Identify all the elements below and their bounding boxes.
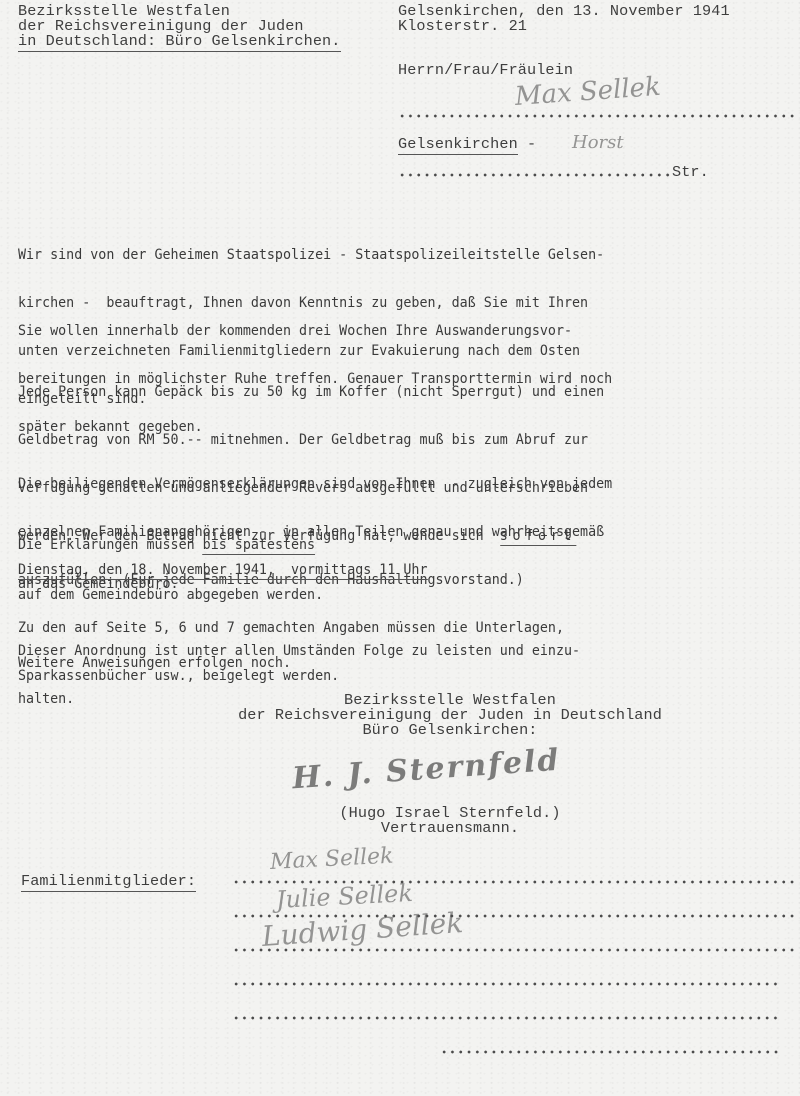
street-suffix: Str. (672, 165, 709, 180)
p3-line: Jede Person kann Gepäck bis zu 50 kg im … (18, 384, 604, 400)
family-member-handwritten: Max Sellek (269, 844, 394, 875)
recipient-street-handwritten: Horst (572, 132, 624, 153)
deadline-suffix: auf dem Gemeindebüro abgegeben werden. (18, 587, 323, 603)
recipient-city: Gelsenkirchen - (398, 137, 536, 152)
family-label: Familienmitglieder: (21, 874, 196, 889)
family-field-line (232, 914, 798, 918)
family-field-line (232, 880, 798, 884)
family-field-line (440, 1050, 780, 1054)
signature: H. J. Sternfeld (291, 743, 561, 797)
recipient-city-text: Gelsenkirchen (398, 135, 518, 155)
signer-title: Vertrauensmann. (180, 821, 720, 836)
family-member-handwritten: Julie Sellek (275, 879, 413, 914)
p4-line: Die beiliegenden Vermögenserklärungen si… (18, 476, 612, 492)
recipient-name-field-line (398, 114, 798, 118)
p1-line: Wir sind von der Geheimen Staatspolizei … (18, 247, 604, 263)
deadline-date-text: Dienstag, den 18. November 1941, vormitt… (18, 562, 427, 580)
letterhead-line-3-text: in Deutschland: Büro Gelsenkirchen. (18, 32, 341, 52)
deadline-intro-text: Die Erklärungen müssen (18, 537, 203, 553)
letterhead-line-3: in Deutschland: Büro Gelsenkirchen. (18, 34, 341, 49)
p2-line: Sie wollen innerhalb der kommenden drei … (18, 323, 612, 339)
recipient-city-dash: - (527, 135, 536, 153)
recipient-salutation: Herrn/Frau/Fräulein (398, 63, 573, 78)
deadline-underlined: bis spätestens (203, 537, 315, 555)
deadline-date: Dienstag, den 18. November 1941, vormitt… (18, 562, 427, 578)
family-field-line (232, 982, 780, 986)
family-label-text: Familienmitglieder: (21, 872, 196, 892)
family-field-line (232, 948, 798, 952)
deadline-intro: Die Erklärungen müssen bis spätestens (18, 537, 315, 553)
sender-address: Klosterstr. 21 (398, 19, 527, 34)
letter-page: Bezirksstelle Westfalen der Reichsverein… (0, 0, 800, 1096)
paragraph-7: Weitere Anweisungen erfolgen noch. (18, 655, 291, 671)
signature-block-line-3: Büro Gelsenkirchen: (180, 723, 720, 738)
family-field-line (232, 1016, 780, 1020)
recipient-street-field-line (398, 173, 670, 177)
